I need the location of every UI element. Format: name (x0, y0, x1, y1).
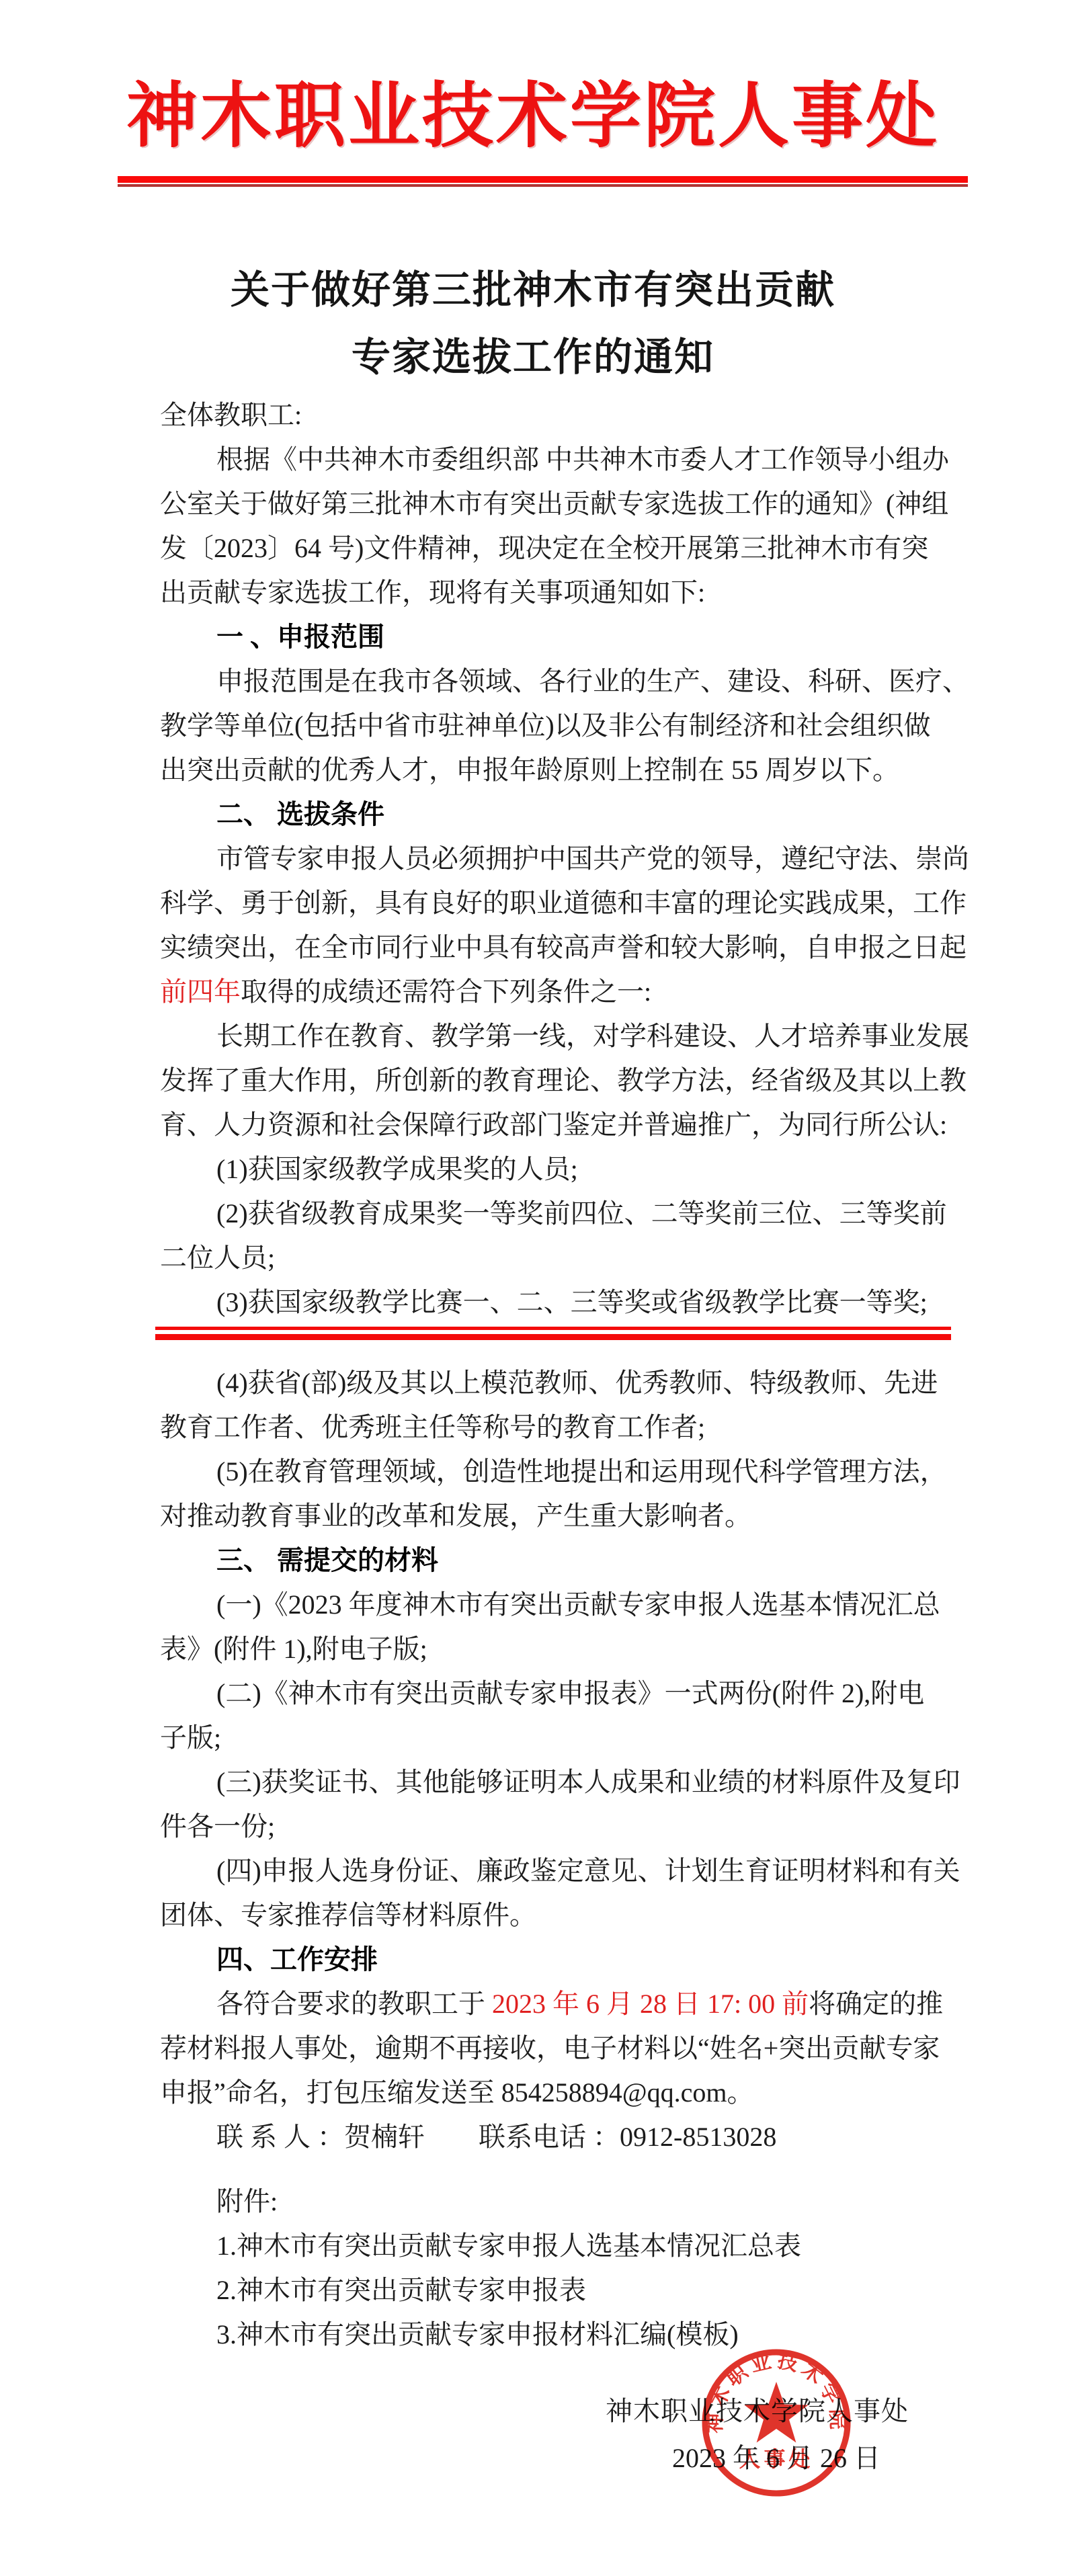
document-title: 关于做好第三批神木市有突出贡献 专家选拔工作的通知 (0, 257, 1066, 391)
doc-text: 对推动教育事业的改革和发展，产生重大影响者。 (160, 1501, 751, 1531)
doc-text: 公室关于做好第三批神木市有突出贡献专家选拔工作的通知》(神组 (160, 489, 948, 519)
doc-line: (二)《神木市有突出贡献专家申报表》一式两份(附件 2),附电 (160, 1672, 914, 1716)
doc-text: 育、人力资源和社会保障行政部门鉴定并普遍推广，为同行所公认: (160, 1110, 947, 1140)
doc-text: 2.神木市有突出贡献专家申报表 (216, 2275, 586, 2305)
doc-text: 全体教职工: (160, 400, 302, 430)
doc-text: 发挥了重大作用，所创新的教育理论、教学方法，经省级及其以上教 (160, 1065, 967, 1095)
doc-line: (一)《2023 年度神木市有突出贡献专家申报人选基本情况汇总 (160, 1583, 914, 1628)
doc-text: 申报范围是在我市各领域、各行业的生产、建设、科研、医疗、 (216, 666, 969, 696)
doc-text: 出贡献专家选拔工作，现将有关事项通知如下: (160, 577, 705, 608)
doc-line: 育、人力资源和社会保障行政部门鉴定并普遍推广，为同行所公认: (160, 1104, 914, 1148)
letterhead-rule (118, 176, 968, 187)
doc-text: 一 、申报范围 (216, 622, 384, 652)
doc-line: 1.神木市有突出贡献专家申报人选基本情况汇总表 (160, 2225, 914, 2269)
doc-text: (3)获国家级教学比赛一、二、三等奖或省级教学比赛一等奖; (216, 1287, 928, 1317)
doc-line: (三)获奖证书、其他能够证明本人成果和业绩的材料原件及复印 (160, 1761, 914, 1805)
doc-line: 长期工作在教育、教学第一线，对学科建设、人才培养事业发展 (160, 1015, 914, 1059)
doc-text: 件各一份; (160, 1811, 275, 1841)
doc-line: 发〔2023〕64 号)文件精神，现决定在全校开展第三批神木市有突 (160, 527, 914, 571)
doc-text: 二、 选拔条件 (216, 799, 384, 829)
doc-text: 教育工作者、优秀班主任等称号的教育工作者; (160, 1412, 705, 1442)
seal-center-text: 人事处 (739, 2447, 813, 2471)
document-title-line1: 关于做好第三批神木市有突出贡献 (0, 257, 1066, 324)
doc-text: 团体、专家推荐信等材料原件。 (160, 1900, 536, 1930)
doc-line: 申报”命名，打包压缩发送至 854258894@qq.com。 (160, 2071, 914, 2116)
doc-text: (四)申报人选身份证、廉政鉴定意见、计划生育证明材料和有关 (216, 1856, 960, 1886)
doc-line: 市管专家申报人员必须拥护中国共产党的领导，遵纪守法、崇尚 (160, 837, 914, 882)
highlight-red-text: 2023 年 6 月 28 日 17: 00 前 (492, 1989, 809, 2019)
doc-line: 对推动教育事业的改革和发展，产生重大影响者。 (160, 1495, 914, 1539)
doc-line: 各符合要求的教职工于 2023 年 6 月 28 日 17: 00 前将确定的推 (160, 1983, 914, 2027)
doc-line: 出突出贡献的优秀人才，申报年龄原则上控制在 55 周岁以下。 (160, 749, 914, 793)
doc-line: 二位人员; (160, 1237, 914, 1281)
doc-line: 科学、勇于创新，具有良好的职业道德和丰富的理论实践成果，工作 (160, 882, 914, 926)
page-break-red-rule (160, 1325, 914, 1362)
doc-text: 三、 需提交的材料 (216, 1545, 438, 1575)
doc-line: 教学等单位(包括中省市驻神单位)以及非公有制经济和社会组织做 (160, 704, 914, 749)
letterhead-title: 神木职业技术学院人事处 (0, 59, 1066, 161)
doc-text: 表》(附件 1),附电子版; (160, 1634, 427, 1664)
page-break-rule-thin (155, 1327, 951, 1330)
doc-line: 根据《中共神木市委组织部 中共神木市委人才工作领导小组办 (160, 438, 914, 483)
doc-text: (一)《2023 年度神木市有突出贡献专家申报人选基本情况汇总 (216, 1589, 940, 1620)
doc-text: 实绩突出，在全市同行业中具有较高声誉和较大影响，自申报之日起 (160, 932, 967, 962)
official-seal: 神木职业技术学院 人事处 (699, 2347, 854, 2501)
doc-text: 市管专家申报人员必须拥护中国共产党的领导，遵纪守法、崇尚 (216, 843, 969, 874)
doc-text: 出突出贡献的优秀人才，申报年龄原则上控制在 55 周岁以下。 (160, 755, 899, 785)
doc-line: 三、 需提交的材料 (160, 1539, 914, 1583)
doc-line: 四、工作安排 (160, 1938, 914, 1983)
doc-line: 二、 选拔条件 (160, 793, 914, 837)
doc-line: 申报范围是在我市各领域、各行业的生产、建设、科研、医疗、 (160, 660, 914, 704)
doc-line: 2.神木市有突出贡献专家申报表 (160, 2269, 914, 2313)
doc-text: (4)获省(部)级及其以上模范教师、优秀教师、特级教师、先进 (216, 1368, 938, 1398)
doc-line: 前四年取得的成绩还需符合下列条件之一: (160, 970, 914, 1015)
doc-text: (5)在教育管理领域，创造性地提出和运用现代科学管理方法， (216, 1456, 947, 1487)
doc-line: 联 系 人 ：贺楠轩 联系电话 ：0912-8513028 (160, 2116, 914, 2160)
doc-text: 附件: (216, 2186, 278, 2216)
doc-text: 科学、勇于创新，具有良好的职业道德和丰富的理论实践成果，工作 (160, 888, 967, 918)
doc-text: 3.神木市有突出贡献专家申报材料汇编(模板) (216, 2319, 739, 2350)
doc-line: (1)获国家级教学成果奖的人员; (160, 1148, 914, 1192)
doc-line: (4)获省(部)级及其以上模范教师、优秀教师、特级教师、先进 (160, 1362, 914, 1406)
spacer (160, 2160, 914, 2180)
doc-text: 联 系 人 ：贺楠轩 联系电话 ：0912-8513028 (216, 2122, 776, 2152)
doc-text: 申报”命名，打包压缩发送至 854258894@qq.com。 (160, 2077, 753, 2108)
doc-text: 荐材料报人事处，逾期不再接收，电子材料以“姓名+突出贡献专家 (160, 2033, 940, 2063)
document-page: 神木职业技术学院人事处 关于做好第三批神木市有突出贡献 专家选拔工作的通知 全体… (0, 0, 1066, 2576)
highlight-red-text: 前四年 (160, 977, 241, 1007)
document-title-line2: 专家选拔工作的通知 (0, 324, 1066, 391)
letterhead-rule-thin (118, 184, 968, 187)
doc-text: 各符合要求的教职工于 (216, 1989, 492, 2019)
doc-text: 长期工作在教育、教学第一线，对学科建设、人才培养事业发展 (216, 1021, 969, 1051)
doc-text: (三)获奖证书、其他能够证明本人成果和业绩的材料原件及复印 (216, 1767, 960, 1797)
doc-text: (二)《神木市有突出贡献专家申报表》一式两份(附件 2),附电 (216, 1678, 924, 1708)
doc-line: (四)申报人选身份证、廉政鉴定意见、计划生育证明材料和有关 (160, 1850, 914, 1894)
doc-text: 取得的成绩还需符合下列条件之一: (241, 977, 651, 1007)
seal-star (744, 2382, 808, 2443)
doc-line: 全体教职工: (160, 394, 914, 438)
doc-line: 子版; (160, 1716, 914, 1761)
doc-text: 将确定的推 (809, 1989, 943, 2019)
doc-line: (2)获省级教育成果奖一等奖前四位、二等奖前三位、三等奖前 (160, 1192, 914, 1237)
doc-text: 发〔2023〕64 号)文件精神，现决定在全校开展第三批神木市有突 (160, 533, 928, 563)
doc-line: (5)在教育管理领域，创造性地提出和运用现代科学管理方法， (160, 1450, 914, 1495)
doc-line: 公室关于做好第三批神木市有突出贡献专家选拔工作的通知》(神组 (160, 483, 914, 527)
doc-text: 根据《中共神木市委组织部 中共神木市委人才工作领导小组办 (216, 444, 949, 474)
doc-line: 荐材料报人事处，逾期不再接收，电子材料以“姓名+突出贡献专家 (160, 2027, 914, 2071)
doc-text: 1.神木市有突出贡献专家申报人选基本情况汇总表 (216, 2231, 801, 2261)
doc-text: (2)获省级教育成果奖一等奖前四位、二等奖前三位、三等奖前 (216, 1198, 947, 1229)
doc-text: 二位人员; (160, 1243, 275, 1273)
body-lines: 全体教职工:根据《中共神木市委组织部 中共神木市委人才工作领导小组办公室关于做好… (160, 394, 914, 2358)
doc-text: 子版; (160, 1722, 221, 1753)
doc-text: 教学等单位(包括中省市驻神单位)以及非公有制经济和社会组织做 (160, 710, 931, 741)
doc-line: 团体、专家推荐信等材料原件。 (160, 1894, 914, 1938)
doc-line: (3)获国家级教学比赛一、二、三等奖或省级教学比赛一等奖; (160, 1281, 914, 1325)
doc-line: 发挥了重大作用，所创新的教育理论、教学方法，经省级及其以上教 (160, 1059, 914, 1104)
doc-line: 件各一份; (160, 1805, 914, 1850)
doc-line: 附件: (160, 2180, 914, 2225)
doc-text: 四、工作安排 (216, 1944, 378, 1975)
doc-text: (1)获国家级教学成果奖的人员; (216, 1154, 578, 1184)
doc-line: 教育工作者、优秀班主任等称号的教育工作者; (160, 1406, 914, 1450)
page-break-rule-thick (155, 1334, 951, 1340)
doc-line: 一 、申报范围 (160, 616, 914, 660)
doc-line: 出贡献专家选拔工作，现将有关事项通知如下: (160, 571, 914, 616)
doc-line: 实绩突出，在全市同行业中具有较高声誉和较大影响，自申报之日起 (160, 926, 914, 970)
letterhead-rule-thick (118, 176, 968, 183)
doc-line: 表》(附件 1),附电子版; (160, 1628, 914, 1672)
